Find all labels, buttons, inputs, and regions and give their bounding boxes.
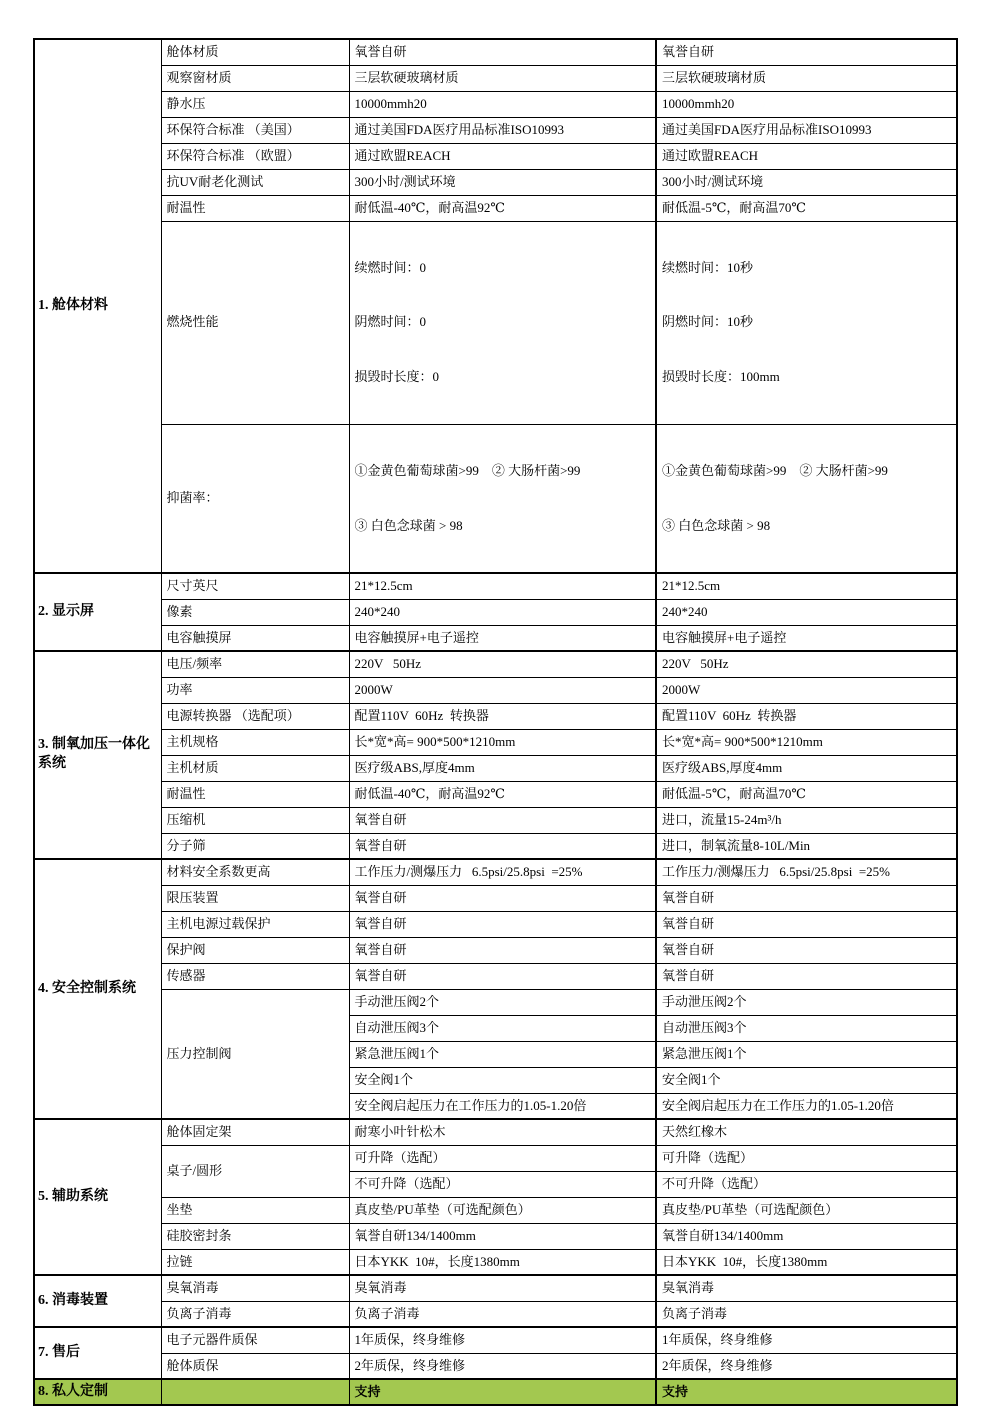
spec-value-b: 医疗级ABS,厚度4mm — [656, 755, 957, 781]
spec-value-b: 进口，制氧流量8-10L/Min — [656, 833, 957, 859]
spec-value-b: 21*12.5cm — [656, 573, 957, 599]
table-row-custom: 8. 私人定制 支持 支持 — [34, 1379, 957, 1405]
table-row: 舱体质保 2年质保，终身维修 2年质保，终身维修 — [34, 1353, 957, 1379]
spec-value-a: 耐低温-40℃，耐高温92℃ — [349, 781, 656, 807]
spec-value-a: 长*宽*高= 900*500*1210mm — [349, 729, 656, 755]
spec-value-b: 氧誉自研134/1400mm — [656, 1223, 957, 1249]
value-line: 续燃时间：0 — [355, 259, 651, 277]
page: 1. 舱体材料 舱体材质 氧誉自研 氧誉自研 观察窗材质 三层软硬玻璃材质 三层… — [0, 0, 1000, 1406]
spec-value-a: 氧誉自研 — [349, 937, 656, 963]
table-row: 分子筛 氧誉自研 进口，制氧流量8-10L/Min — [34, 833, 957, 859]
table-row: 2. 显示屏 尺寸英尺 21*12.5cm 21*12.5cm — [34, 573, 957, 599]
spec-value-a: 氧誉自研 — [349, 963, 656, 989]
spec-value-a: 支持 — [349, 1379, 656, 1405]
spec-value-a: 氧誉自研 — [349, 885, 656, 911]
section-title-oxygen-system: 3. 制氧加压一体化系统 — [34, 651, 161, 859]
spec-value-b: 真皮垫/PU革垫（可选配颜色） — [656, 1197, 957, 1223]
spec-value-a: ①金黄色葡萄球菌>99 ② 大肠杆菌>99 ③ 白色念球菌 > 98 — [349, 424, 656, 573]
spec-label: 保护阀 — [161, 937, 349, 963]
spec-value-a: 氧誉自研 — [349, 833, 656, 859]
spec-value-b: 紧急泄压阀1个 — [656, 1041, 957, 1067]
spec-value-b: 氧誉自研 — [656, 885, 957, 911]
table-row: 5. 辅助系统 舱体固定架 耐寒小叶针松木 天然红橡木 — [34, 1119, 957, 1145]
spec-value-b: 耐低温-5℃，耐高温70℃ — [656, 781, 957, 807]
table-row: 7. 售后 电子元器件质保 1年质保，终身维修 1年质保，终身维修 — [34, 1327, 957, 1353]
table-row: 观察窗材质 三层软硬玻璃材质 三层软硬玻璃材质 — [34, 65, 957, 91]
spec-label: 环保符合标准 （欧盟） — [161, 143, 349, 169]
spec-value-a: 可升降（选配） — [349, 1145, 656, 1171]
spec-label: 臭氧消毒 — [161, 1275, 349, 1301]
spec-value-a: 氧誉自研 — [349, 911, 656, 937]
table-row: 燃烧性能 续燃时间：0 阴燃时间：0 损毁时长度：0 续燃时间：10秒 阴燃时间… — [34, 221, 957, 424]
section-title-customization: 8. 私人定制 — [34, 1379, 161, 1405]
section-title-disinfection: 6. 消毒装置 — [34, 1275, 161, 1327]
spec-value-a: 手动泄压阀2个 — [349, 989, 656, 1015]
spec-value-a: 工作压力/测爆压力 6.5psi/25.8psi =25% — [349, 859, 656, 885]
spec-label: 限压装置 — [161, 885, 349, 911]
spec-value-b: 220V 50Hz — [656, 651, 957, 677]
spec-value-a: 2000W — [349, 677, 656, 703]
spec-label-pressure-valves: 压力控制阀 — [161, 989, 349, 1119]
spec-label: 耐温性 — [161, 781, 349, 807]
spec-value-b: ①金黄色葡萄球菌>99 ② 大肠杆菌>99 ③ 白色念球菌 > 98 — [656, 424, 957, 573]
spec-label: 舱体固定架 — [161, 1119, 349, 1145]
spec-label: 坐垫 — [161, 1197, 349, 1223]
spec-value-a: 耐寒小叶针松木 — [349, 1119, 656, 1145]
table-row: 静水压 10000mmh20 10000mmh20 — [34, 91, 957, 117]
spec-value-a: 2年质保，终身维修 — [349, 1353, 656, 1379]
spec-label: 抗UV耐老化测试 — [161, 169, 349, 195]
table-row: 3. 制氧加压一体化系统 电压/频率 220V 50Hz 220V 50Hz — [34, 651, 957, 677]
table-row: 桌子/圆形 可升降（选配） 可升降（选配） — [34, 1145, 957, 1171]
spec-label: 耐温性 — [161, 195, 349, 221]
section-title-display: 2. 显示屏 — [34, 573, 161, 651]
spec-value-b: 10000mmh20 — [656, 91, 957, 117]
spec-value-b: 1年质保，终身维修 — [656, 1327, 957, 1353]
table-row: 耐温性 耐低温-40℃，耐高温92℃ 耐低温-5℃，耐高温70℃ — [34, 781, 957, 807]
spec-value-b: 支持 — [656, 1379, 957, 1405]
spec-value-b: 天然红橡木 — [656, 1119, 957, 1145]
spec-value-a: 220V 50Hz — [349, 651, 656, 677]
spec-value-b: 通过欧盟REACH — [656, 143, 957, 169]
spec-value-a: 氧誉自研134/1400mm — [349, 1223, 656, 1249]
table-row: 环保符合标准 （欧盟） 通过欧盟REACH 通过欧盟REACH — [34, 143, 957, 169]
spec-value-b: 通过美国FDA医疗用品标准ISO10993 — [656, 117, 957, 143]
spec-value-b: 三层软硬玻璃材质 — [656, 65, 957, 91]
table-row: 硅胶密封条 氧誉自研134/1400mm 氧誉自研134/1400mm — [34, 1223, 957, 1249]
value-line: 损毁时长度：0 — [355, 368, 651, 386]
table-row: 抑菌率： ①金黄色葡萄球菌>99 ② 大肠杆菌>99 ③ 白色念球菌 > 98 … — [34, 424, 957, 573]
spec-value-b: 氧誉自研 — [656, 911, 957, 937]
table-row: 4. 安全控制系统 材料安全系数更高 工作压力/测爆压力 6.5psi/25.8… — [34, 859, 957, 885]
spec-label: 拉链 — [161, 1249, 349, 1275]
spec-value-b: 日本YKK 10#，长度1380mm — [656, 1249, 957, 1275]
product-spec-table: 1. 舱体材料 舱体材质 氧誉自研 氧誉自研 观察窗材质 三层软硬玻璃材质 三层… — [33, 38, 958, 1406]
spec-value-b: 自动泄压阀3个 — [656, 1015, 957, 1041]
table-row: 环保符合标准 （美国） 通过美国FDA医疗用品标准ISO10993 通过美国FD… — [34, 117, 957, 143]
spec-value-b: 2年质保，终身维修 — [656, 1353, 957, 1379]
section-title-after-sales: 7. 售后 — [34, 1327, 161, 1379]
spec-label: 传感器 — [161, 963, 349, 989]
table-row: 耐温性 耐低温-40℃，耐高温92℃ 耐低温-5℃，耐高温70℃ — [34, 195, 957, 221]
table-row: 主机规格 长*宽*高= 900*500*1210mm 长*宽*高= 900*50… — [34, 729, 957, 755]
spec-value-a: 安全阀1个 — [349, 1067, 656, 1093]
spec-value-b: 电容触摸屏+电子遥控 — [656, 625, 957, 651]
spec-label: 负离子消毒 — [161, 1301, 349, 1327]
table-row: 传感器 氧誉自研 氧誉自研 — [34, 963, 957, 989]
spec-label: 电容触摸屏 — [161, 625, 349, 651]
spec-value-b: 2000W — [656, 677, 957, 703]
table-row: 保护阀 氧誉自研 氧誉自研 — [34, 937, 957, 963]
spec-value-b: 氧誉自研 — [656, 963, 957, 989]
spec-value-b: 氧誉自研 — [656, 39, 957, 65]
spec-value-a: 续燃时间：0 阴燃时间：0 损毁时长度：0 — [349, 221, 656, 424]
spec-value-b: 240*240 — [656, 599, 957, 625]
spec-label: 像素 — [161, 599, 349, 625]
spec-value-b: 续燃时间：10秒 阴燃时间：10秒 损毁时长度：100mm — [656, 221, 957, 424]
table-row: 6. 消毒装置 臭氧消毒 臭氧消毒 臭氧消毒 — [34, 1275, 957, 1301]
spec-label: 尺寸英尺 — [161, 573, 349, 599]
spec-value-a: 负离子消毒 — [349, 1301, 656, 1327]
spec-value-a: 耐低温-40℃，耐高温92℃ — [349, 195, 656, 221]
spec-value-a: 安全阀启起压力在工作压力的1.05-1.20倍 — [349, 1093, 656, 1119]
spec-value-b: 进口，流量15-24m³/h — [656, 807, 957, 833]
table-row: 主机电源过载保护 氧誉自研 氧誉自研 — [34, 911, 957, 937]
spec-label: 分子筛 — [161, 833, 349, 859]
spec-label: 舱体质保 — [161, 1353, 349, 1379]
table-row: 功率 2000W 2000W — [34, 677, 957, 703]
spec-value-b: 手动泄压阀2个 — [656, 989, 957, 1015]
spec-value-a: 通过欧盟REACH — [349, 143, 656, 169]
value-line: ①金黄色葡萄球菌>99 ② 大肠杆菌>99 — [355, 462, 651, 480]
table-row: 压缩机 氧誉自研 进口，流量15-24m³/h — [34, 807, 957, 833]
spec-value-b: 不可升降（选配） — [656, 1171, 957, 1197]
spec-value-a: 配置110V 60Hz 转换器 — [349, 703, 656, 729]
table-row: 电容触摸屏 电容触摸屏+电子遥控 电容触摸屏+电子遥控 — [34, 625, 957, 651]
spec-label-table: 桌子/圆形 — [161, 1145, 349, 1197]
value-line: ③ 白色念球菌 > 98 — [662, 517, 951, 535]
spec-label: 材料安全系数更高 — [161, 859, 349, 885]
spec-label: 观察窗材质 — [161, 65, 349, 91]
value-line: 阴燃时间：0 — [355, 313, 651, 331]
spec-label: 主机规格 — [161, 729, 349, 755]
spec-value-b: 配置110V 60Hz 转换器 — [656, 703, 957, 729]
spec-value-a: 1年质保，终身维修 — [349, 1327, 656, 1353]
spec-value-b: 耐低温-5℃，耐高温70℃ — [656, 195, 957, 221]
spec-value-a: 三层软硬玻璃材质 — [349, 65, 656, 91]
section-title-cabin-material: 1. 舱体材料 — [34, 39, 161, 573]
spec-label: 环保符合标准 （美国） — [161, 117, 349, 143]
spec-value-b: 负离子消毒 — [656, 1301, 957, 1327]
value-line: 阴燃时间：10秒 — [662, 313, 951, 331]
spec-value-a: 氧誉自研 — [349, 39, 656, 65]
spec-label-empty — [161, 1379, 349, 1405]
spec-value-b: 300小时/测试环境 — [656, 169, 957, 195]
section-title-safety-control: 4. 安全控制系统 — [34, 859, 161, 1119]
spec-value-a: 自动泄压阀3个 — [349, 1015, 656, 1041]
section-title-auxiliary: 5. 辅助系统 — [34, 1119, 161, 1275]
spec-label: 硅胶密封条 — [161, 1223, 349, 1249]
spec-label: 静水压 — [161, 91, 349, 117]
value-line: ③ 白色念球菌 > 98 — [355, 517, 651, 535]
table-row: 坐垫 真皮垫/PU革垫（可选配颜色） 真皮垫/PU革垫（可选配颜色） — [34, 1197, 957, 1223]
table-row: 1. 舱体材料 舱体材质 氧誉自研 氧誉自研 — [34, 39, 957, 65]
spec-value-a: 21*12.5cm — [349, 573, 656, 599]
spec-value-a: 日本YKK 10#，长度1380mm — [349, 1249, 656, 1275]
spec-value-b: 长*宽*高= 900*500*1210mm — [656, 729, 957, 755]
table-row: 压力控制阀 手动泄压阀2个 手动泄压阀2个 — [34, 989, 957, 1015]
spec-label: 抑菌率： — [161, 424, 349, 573]
table-row: 限压装置 氧誉自研 氧誉自研 — [34, 885, 957, 911]
spec-value-b: 可升降（选配） — [656, 1145, 957, 1171]
spec-value-b: 氧誉自研 — [656, 937, 957, 963]
table-row: 像素 240*240 240*240 — [34, 599, 957, 625]
table-row: 负离子消毒 负离子消毒 负离子消毒 — [34, 1301, 957, 1327]
spec-label: 功率 — [161, 677, 349, 703]
spec-label: 电压/频率 — [161, 651, 349, 677]
spec-value-a: 300小时/测试环境 — [349, 169, 656, 195]
spec-value-b: 臭氧消毒 — [656, 1275, 957, 1301]
spec-value-a: 电容触摸屏+电子遥控 — [349, 625, 656, 651]
spec-label: 压缩机 — [161, 807, 349, 833]
spec-value-a: 氧誉自研 — [349, 807, 656, 833]
value-line: 续燃时间：10秒 — [662, 259, 951, 277]
value-line: ①金黄色葡萄球菌>99 ② 大肠杆菌>99 — [662, 462, 951, 480]
spec-label: 燃烧性能 — [161, 221, 349, 424]
spec-label: 主机材质 — [161, 755, 349, 781]
spec-value-b: 安全阀1个 — [656, 1067, 957, 1093]
spec-label: 主机电源过载保护 — [161, 911, 349, 937]
spec-value-a: 医疗级ABS,厚度4mm — [349, 755, 656, 781]
spec-value-a: 紧急泄压阀1个 — [349, 1041, 656, 1067]
spec-value-a: 真皮垫/PU革垫（可选配颜色） — [349, 1197, 656, 1223]
spec-label: 电源转换器 （选配项） — [161, 703, 349, 729]
spec-value-a: 臭氧消毒 — [349, 1275, 656, 1301]
spec-value-a: 10000mmh20 — [349, 91, 656, 117]
table-row: 抗UV耐老化测试 300小时/测试环境 300小时/测试环境 — [34, 169, 957, 195]
table-row: 主机材质 医疗级ABS,厚度4mm 医疗级ABS,厚度4mm — [34, 755, 957, 781]
table-row: 电源转换器 （选配项） 配置110V 60Hz 转换器 配置110V 60Hz … — [34, 703, 957, 729]
spec-label: 电子元器件质保 — [161, 1327, 349, 1353]
spec-label: 舱体材质 — [161, 39, 349, 65]
spec-value-a: 240*240 — [349, 599, 656, 625]
spec-value-b: 安全阀启起压力在工作压力的1.05-1.20倍 — [656, 1093, 957, 1119]
table-row: 拉链 日本YKK 10#，长度1380mm 日本YKK 10#，长度1380mm — [34, 1249, 957, 1275]
spec-value-b: 工作压力/测爆压力 6.5psi/25.8psi =25% — [656, 859, 957, 885]
value-line: 损毁时长度：100mm — [662, 368, 951, 386]
spec-value-a: 通过美国FDA医疗用品标准ISO10993 — [349, 117, 656, 143]
spec-value-a: 不可升降（选配） — [349, 1171, 656, 1197]
